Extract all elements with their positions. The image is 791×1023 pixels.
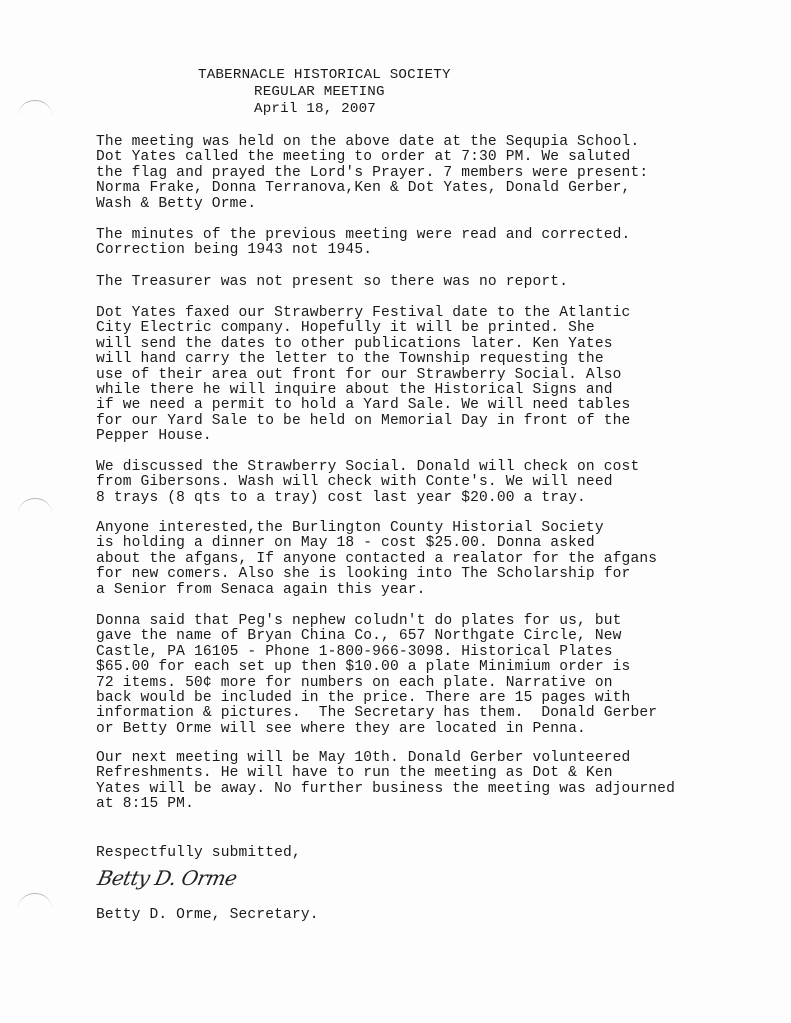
punch-hole-mark	[18, 893, 52, 924]
paragraph-strawberry-social: We discussed the Strawberry Social. Dona…	[96, 460, 639, 506]
paragraph-minutes: The minutes of the previous meeting were…	[96, 228, 630, 259]
organization-title: TABERNACLE HISTORICAL SOCIETY	[198, 67, 451, 83]
paragraph-county-dinner: Anyone interested,the Burlington County …	[96, 521, 657, 598]
meeting-type: REGULAR MEETING	[254, 84, 385, 100]
signatory-line: Betty D. Orme, Secretary.	[96, 908, 319, 923]
punch-hole-mark	[18, 100, 52, 131]
closing-line: Respectfully submitted,	[96, 846, 301, 861]
meeting-date: April 18, 2007	[254, 101, 376, 117]
punch-hole-mark	[18, 498, 52, 529]
paragraph-treasurer: The Treasurer was not present so there w…	[96, 275, 568, 290]
handwritten-signature: Betty D. Orme	[95, 866, 239, 890]
paragraph-strawberry-festival: Dot Yates faxed our Strawberry Festival …	[96, 306, 630, 445]
paragraph-plates: Donna said that Peg's nephew coludn't do…	[96, 614, 657, 737]
paragraph-next-meeting: Our next meeting will be May 10th. Donal…	[96, 751, 675, 813]
paragraph-attendance: The meeting was held on the above date a…	[96, 135, 648, 212]
